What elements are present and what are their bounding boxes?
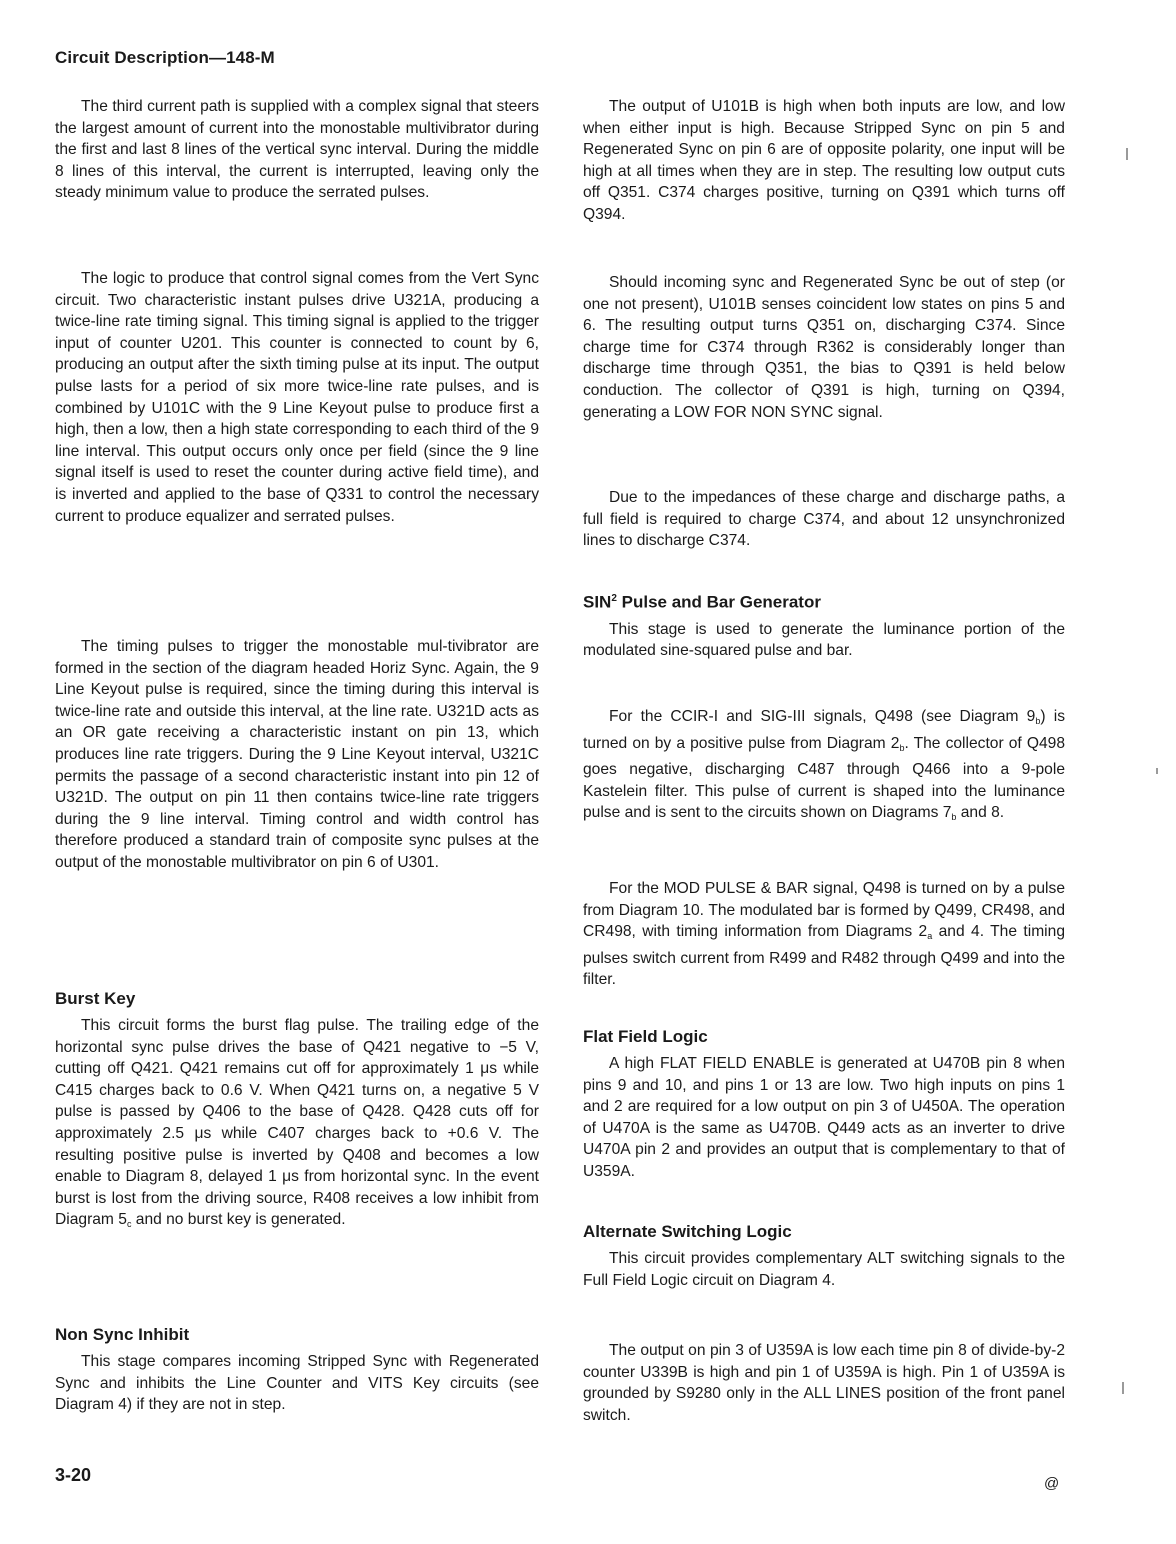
scan-speck bbox=[1122, 1382, 1124, 1394]
section-heading-burst-key: Burst Key bbox=[55, 988, 539, 1010]
paragraph-u359a-output: The output on pin 3 of U359A is low each… bbox=[583, 1340, 1065, 1426]
page-header: Circuit Description—148-M bbox=[55, 48, 275, 68]
paragraph-impedances: Due to the impedances of these charge an… bbox=[583, 487, 1065, 552]
section-burst-key: Burst Key This circuit forms the burst f… bbox=[55, 988, 539, 1236]
paragraph-control-signal-logic: The logic to produce that control signal… bbox=[55, 268, 539, 527]
paragraph-complex-signal: The third current path is supplied with … bbox=[55, 96, 539, 204]
page-number: 3-20 bbox=[55, 1465, 91, 1486]
section-sin2-pulse-bar-generator: SIN2 Pulse and Bar Generator This stage … bbox=[583, 588, 1065, 662]
scan-speck bbox=[1156, 768, 1158, 774]
paragraph-u101b-output: The output of U101B is high when both in… bbox=[583, 96, 1065, 226]
paragraph-out-of-step: Should incoming sync and Regenerated Syn… bbox=[583, 272, 1065, 423]
section-flat-field-logic: Flat Field Logic A high FLAT FIELD ENABL… bbox=[583, 1026, 1065, 1183]
section-heading-non-sync-inhibit: Non Sync Inhibit bbox=[55, 1324, 539, 1346]
burst-key-paragraph: This circuit forms the burst flag pulse.… bbox=[55, 1015, 539, 1236]
section-heading-sin2: SIN2 Pulse and Bar Generator bbox=[583, 588, 1065, 614]
scan-speck bbox=[1126, 148, 1128, 160]
section-non-sync-inhibit: Non Sync Inhibit This stage compares inc… bbox=[55, 1324, 539, 1416]
section-heading-flat-field-logic: Flat Field Logic bbox=[583, 1026, 1065, 1048]
paragraph-ccir-sig: For the CCIR-I and SIG-III signals, Q498… bbox=[583, 706, 1065, 829]
paragraph-mod-pulse-bar: For the MOD PULSE & BAR signal, Q498 is … bbox=[583, 878, 1065, 991]
section-alternate-switching-logic: Alternate Switching Logic This circuit p… bbox=[583, 1221, 1065, 1291]
publisher-mark: @ bbox=[1044, 1475, 1059, 1492]
paragraph-timing-pulses: The timing pulses to trigger the monosta… bbox=[55, 636, 539, 874]
section-heading-alternate-switching-logic: Alternate Switching Logic bbox=[583, 1221, 1065, 1243]
